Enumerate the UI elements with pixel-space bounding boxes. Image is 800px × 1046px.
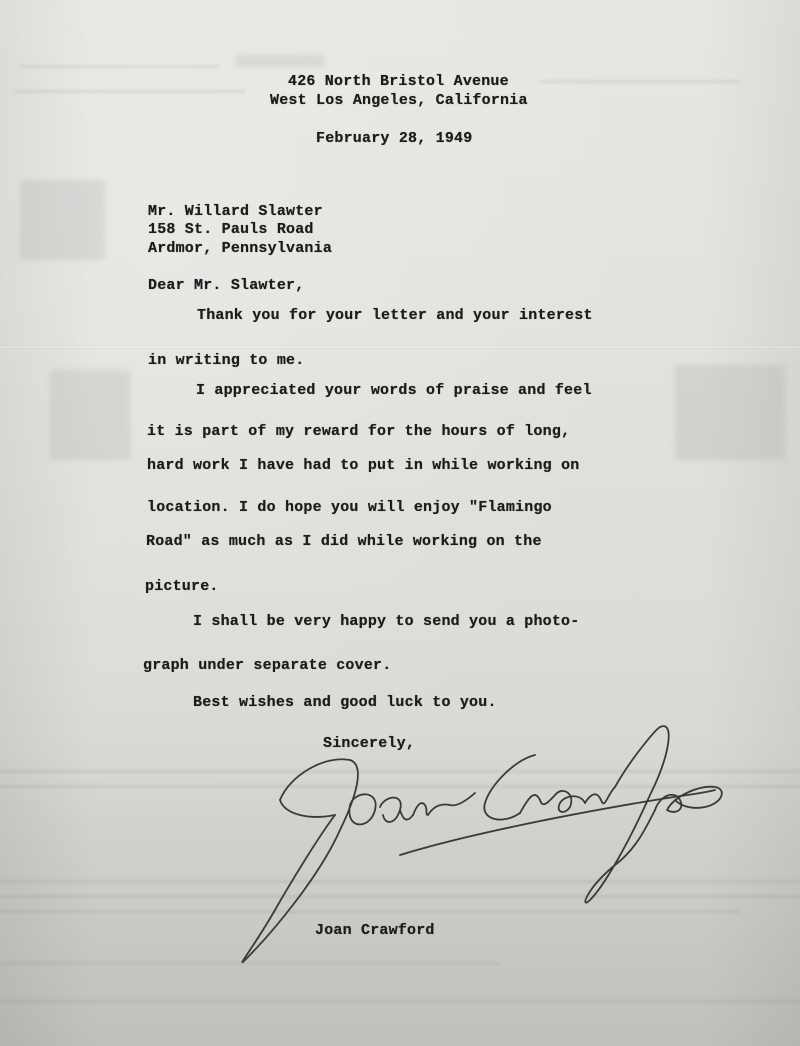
- bleed-through-line: [20, 65, 220, 68]
- bleed-through-mark: [675, 365, 785, 460]
- recipient-street: 158 St. Pauls Road: [148, 221, 314, 238]
- sender-address-line2: West Los Angeles, California: [270, 92, 528, 109]
- bleed-through-line: [15, 90, 245, 93]
- bleed-through-line: [0, 1000, 800, 1003]
- recipient-name: Mr. Willard Slawter: [148, 203, 323, 220]
- body-line: picture.: [145, 578, 219, 595]
- body-line: graph under separate cover.: [143, 657, 391, 674]
- body-line: Thank you for your letter and your inter…: [197, 307, 593, 324]
- recipient-city: Ardmor, Pennsylvania: [148, 240, 332, 257]
- body-line: it is part of my reward for the hours of…: [147, 423, 570, 440]
- sender-address-line1: 426 North Bristol Avenue: [288, 73, 509, 90]
- body-line: Road" as much as I did while working on …: [146, 533, 542, 550]
- salutation: Dear Mr. Slawter,: [148, 277, 304, 294]
- body-line: I appreciated your words of praise and f…: [196, 382, 592, 399]
- signature-icon: [235, 715, 755, 985]
- body-line: in writing to me.: [148, 352, 304, 369]
- body-line: hard work I have had to put in while wor…: [147, 457, 579, 474]
- bleed-through-line: [540, 80, 740, 83]
- bleed-through-mark: [20, 180, 105, 260]
- typed-signer-name: Joan Crawford: [315, 922, 435, 939]
- body-line: location. I do hope you will enjoy "Flam…: [147, 499, 552, 516]
- body-line: Best wishes and good luck to you.: [193, 694, 497, 711]
- bleed-through-mark: [235, 55, 325, 67]
- body-line: I shall be very happy to send you a phot…: [193, 613, 579, 630]
- paper-fold-line: [0, 347, 800, 349]
- letter-date: February 28, 1949: [316, 130, 472, 147]
- bleed-through-mark: [50, 370, 130, 460]
